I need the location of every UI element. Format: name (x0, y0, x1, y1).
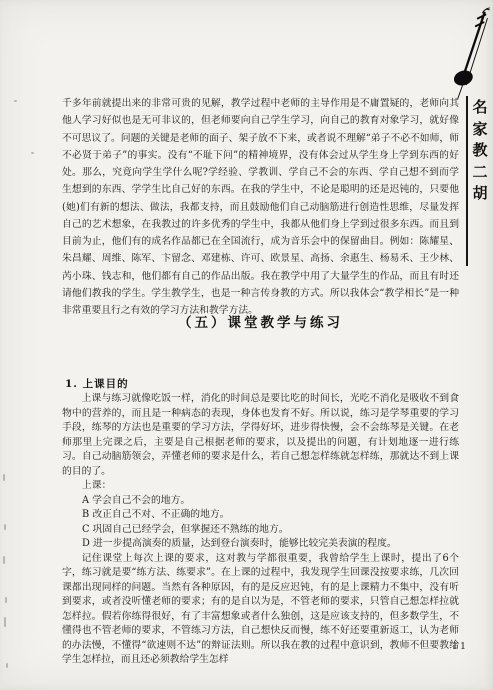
body-paragraph: 记住课堂上每次上课的要求，这对教与学都很重要，我曾给学生上课时，提出了6个字，练… (62, 552, 459, 668)
scan-artifact (4, 524, 6, 530)
book-title-char: 教 (472, 142, 487, 159)
subsection-heading: 1. 上课目的 (65, 376, 365, 391)
book-title-char: 二 (472, 164, 487, 181)
scan-artifact (3, 474, 5, 481)
scan-artifact (31, 152, 34, 154)
lesson-list-label: 上课： (62, 479, 459, 494)
section-body: 上课与练习就像吃饭一样，消化的时间总是要比吃的时间长，光吃不消化是吸收不到食物中… (62, 392, 459, 668)
lesson-point-c: C 巩固自己已经学会，但掌握还不熟练的地方。 (62, 523, 459, 538)
body-paragraph-continuation: 千多年前就提出来的非常可贵的见解，教学过程中老师的主导作用是不庸置疑的，老师向其… (62, 95, 459, 319)
section-heading: （五）课堂教学与练习 (62, 311, 459, 331)
scanned-book-page: 千多年前就提出来的非常可贵的见解，教学过程中老师的主导作用是不庸置疑的，老师向其… (0, 0, 493, 690)
book-title-char: 胡 (472, 185, 487, 202)
body-paragraph: 上课与练习就像吃饭一样，消化的时间总是要比吃的时间长，光吃不消化是吸收不到食物中… (62, 392, 459, 479)
lesson-point-a: A 学会自己不会的地方。 (62, 494, 459, 509)
erhu-icon (452, 6, 492, 102)
scan-artifact (14, 100, 17, 102)
scan-artifact (5, 597, 7, 603)
lesson-point-d: D 进一步提高演奏的质量，达到登台演奏时，能够比较完美表演的程度。 (62, 537, 459, 552)
book-title-vertical: 名 家 教 二 胡 (470, 99, 490, 202)
sidebar-vertical-rule (466, 96, 468, 266)
scan-artifact (6, 663, 8, 668)
scan-artifact (3, 556, 5, 564)
book-title-char: 家 (472, 121, 487, 138)
page-number: 11 (452, 641, 468, 652)
book-title-char: 名 (472, 99, 487, 116)
scan-artifact (4, 617, 6, 627)
lesson-point-b: B 改正自己不对、不正确的地方。 (62, 508, 459, 523)
